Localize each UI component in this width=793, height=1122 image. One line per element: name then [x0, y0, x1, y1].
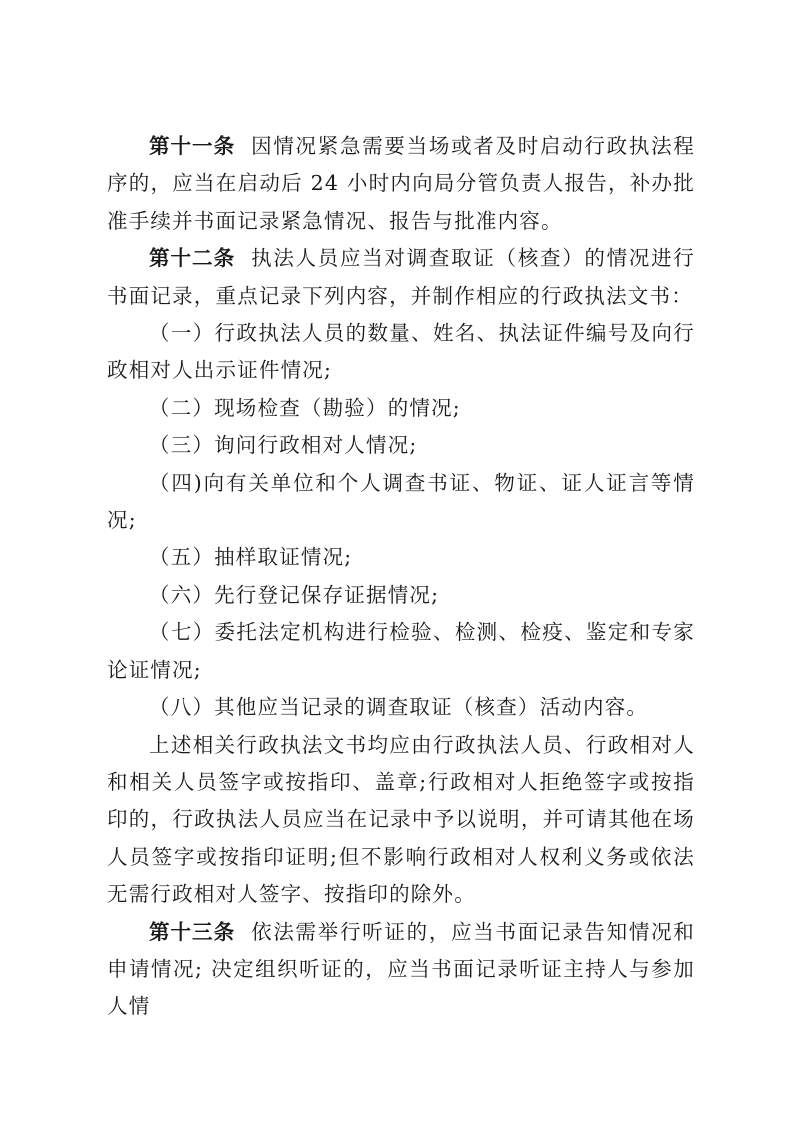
document-page: 第十一条因情况紧急需要当场或者及时启动行政执法程序的，应当在启动后 24 小时内… [107, 128, 695, 1026]
list-item-7: （七）委托法定机构进行检验、检测、检疫、鉴定和专家论证情况; [107, 614, 695, 689]
article-12: 第十二条执法人员应当对调查取证（核查）的情况进行书面记录，重点记录下列内容，并制… [107, 240, 695, 315]
article-13: 第十三条依法需举行听证的，应当书面记录告知情况和申请情况; 决定组织听证的，应当… [107, 914, 695, 1026]
list-item-3: （三）询问行政相对人情况; [107, 427, 695, 464]
list-item-4: （四)向有关单位和个人调查书证、物证、证人证言等情况; [107, 465, 695, 540]
signature-paragraph: 上述相关行政执法文书均应由行政执法人员、行政相对人和相关人员签字或按指印、盖章;… [107, 727, 695, 914]
article-label: 第十一条 [149, 134, 235, 158]
article-label: 第十二条 [149, 246, 235, 270]
list-item-1: （一）行政执法人员的数量、姓名、执法证件编号及向行政相对人出示证件情况; [107, 315, 695, 390]
list-item-5: （五）抽样取证情况; [107, 539, 695, 576]
list-item-2: （二）现场检查（勘验）的情况; [107, 390, 695, 427]
article-11: 第十一条因情况紧急需要当场或者及时启动行政执法程序的，应当在启动后 24 小时内… [107, 128, 695, 240]
list-item-8: （八）其他应当记录的调查取证（核查）活动内容。 [107, 689, 695, 726]
article-label: 第十三条 [149, 920, 235, 944]
list-item-6: （六）先行登记保存证据情况; [107, 577, 695, 614]
